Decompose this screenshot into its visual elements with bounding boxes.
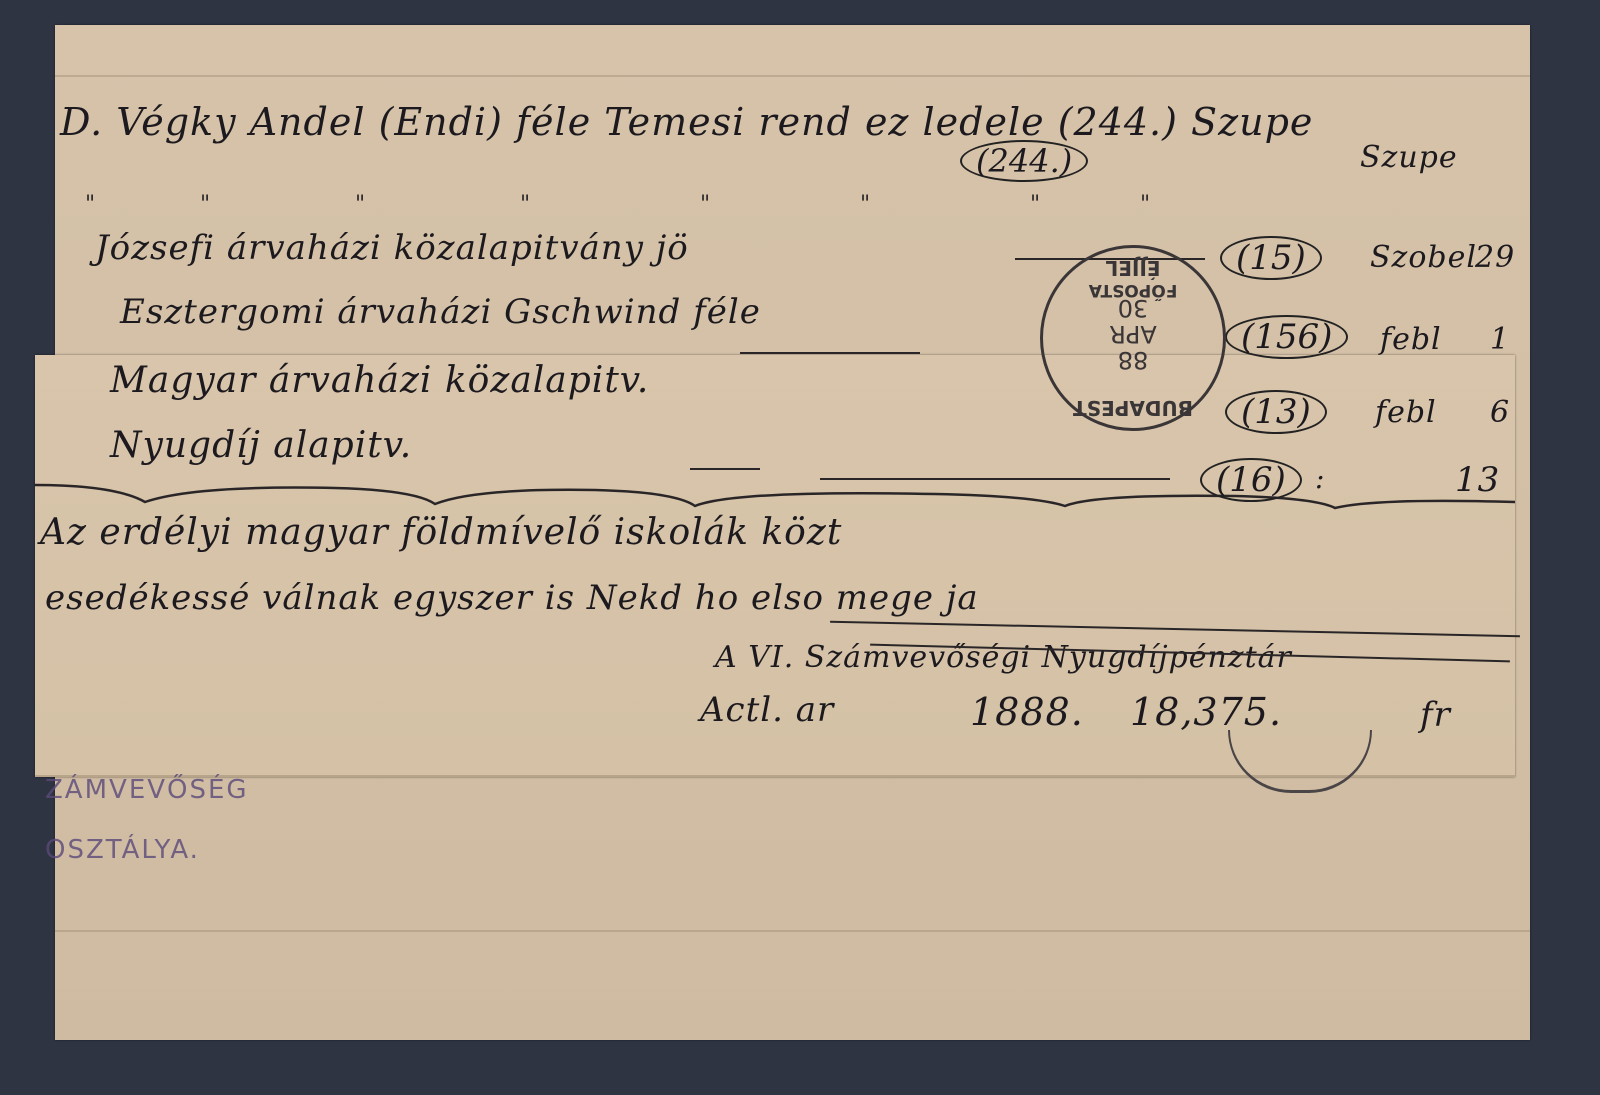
handwritten-line-8: esedékessé válnak egyszer is Nekd ho els… bbox=[45, 578, 979, 618]
handwritten-line-4: Esztergomi árvaházi Gschwind féle bbox=[120, 292, 761, 332]
postmark-month: APR bbox=[1043, 321, 1223, 347]
entry-number-value: (13) bbox=[1225, 390, 1327, 434]
entry-number-value: (244.) bbox=[960, 140, 1088, 182]
ditto-mark: " bbox=[1140, 192, 1150, 217]
entry-note: febl bbox=[1375, 395, 1437, 430]
entry-number: (244.) bbox=[960, 140, 1088, 182]
postmark-year: 88 bbox=[1043, 347, 1223, 373]
handwritten-footer-suffix: fr bbox=[1420, 695, 1451, 735]
entry-number-value: (156) bbox=[1225, 315, 1348, 359]
entry-right-value: 29 bbox=[1475, 240, 1515, 275]
handwritten-line-3: Józsefi árvaházi közalapitvány jö bbox=[95, 228, 689, 268]
ditto-mark: " bbox=[1030, 192, 1040, 217]
fold-line bbox=[55, 930, 1530, 932]
ditto-mark: " bbox=[860, 192, 870, 217]
entry-right-value: 6 bbox=[1490, 395, 1510, 430]
handwritten-line-1: D. Végky Andel (Endi) féle Temesi rend e… bbox=[60, 100, 1313, 144]
entry-right-value: 1 bbox=[1490, 322, 1510, 357]
office-stamp-purple: ZÁMVEVŐSÉG OSZTÁLYA. bbox=[45, 760, 249, 880]
handwritten-line-7: Az erdélyi magyar földmívelő iskolák köz… bbox=[40, 512, 842, 553]
ditto-mark: " bbox=[700, 192, 710, 217]
entry-note: febl bbox=[1380, 322, 1442, 357]
postmark-budapest: BUDAPEST 88 APR 30 FŐPOSTA ÉJJEL bbox=[1040, 245, 1226, 431]
postmark-period: ÉJJEL bbox=[1043, 256, 1223, 280]
handwritten-footer-year: 1888. bbox=[970, 690, 1084, 734]
entry-number: (156) bbox=[1225, 315, 1348, 359]
entry-number: (13) bbox=[1225, 390, 1327, 434]
handwritten-line-6: Nyugdíj alapitv. bbox=[110, 425, 412, 466]
handwritten-footer-amount: 18,375. bbox=[1130, 690, 1282, 734]
entry-note: Szobel bbox=[1370, 240, 1477, 275]
postmark-type: FŐPOSTA bbox=[1043, 280, 1223, 300]
entry-number-value: (16) bbox=[1200, 458, 1302, 502]
entry-number: (16) bbox=[1200, 458, 1302, 502]
stamp-line-1: ZÁMVEVŐSÉG bbox=[45, 760, 249, 820]
handwritten-footer-prefix: Actl. ar bbox=[700, 690, 834, 730]
ditto-mark: " bbox=[200, 192, 210, 217]
handwritten-line-9: A VI. Számvevőségi Nyugdíjpénztár bbox=[715, 640, 1292, 675]
ditto-mark: " bbox=[85, 192, 95, 217]
fold-line bbox=[55, 75, 1530, 77]
entry-number: (15) bbox=[1220, 236, 1322, 280]
postmark-city: BUDAPEST bbox=[1043, 396, 1223, 420]
ditto-mark: " bbox=[355, 192, 365, 217]
entry-note: : bbox=[1315, 462, 1325, 495]
postmark-date: 88 APR 30 bbox=[1043, 295, 1223, 373]
entry-note: Szupe bbox=[1360, 140, 1458, 175]
handwritten-line-5: Magyar árvaházi közalapitv. bbox=[110, 360, 649, 401]
underline bbox=[740, 352, 920, 354]
stamp-line-2: OSZTÁLYA. bbox=[45, 820, 249, 880]
entry-right-value: 13 bbox=[1455, 460, 1500, 500]
ditto-mark: " bbox=[520, 192, 530, 217]
entry-number-value: (15) bbox=[1220, 236, 1322, 280]
fill-line bbox=[690, 468, 760, 470]
